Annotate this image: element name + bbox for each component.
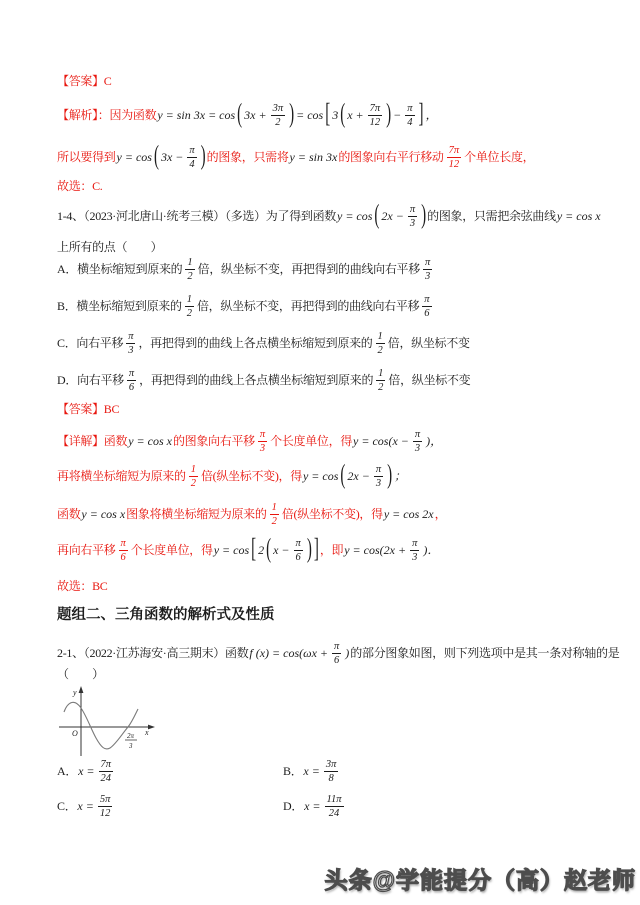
option-1-4-b: B．横坐标缩短到原来的12倍，纵坐标不变，再把得到的曲线向右平移π6 [57,294,435,319]
text-run: 上所有的点（ ） [57,241,162,254]
big-delimiter: [ [251,536,256,566]
fraction-denominator: 3 [410,217,415,229]
fraction-denominator: 2 [187,270,192,282]
fraction: 12 [185,257,194,282]
fraction-numerator: π [119,538,128,551]
text-run: 1-4、（2023·河北唐山·统考三模）（多选）为了得到函数 [57,210,336,223]
big-delimiter: ) [421,202,426,232]
text-run: 倍，纵坐标不变 [388,337,470,350]
text-run: 【答案】C [57,75,112,88]
fraction-denominator: 2 [378,344,383,356]
text-run: C． [57,800,76,813]
fraction-numerator: π [258,429,267,442]
text-run: ) [345,647,349,660]
fraction-denominator: 3 [260,442,265,454]
text-run: D． [283,800,303,813]
fraction: π6 [294,538,303,563]
option-2-1-d: D．x =11π24 [283,794,347,819]
text-run: 的图象向右平移 [173,435,255,448]
text-run: B．横坐标缩短到原来的 [57,300,182,313]
text-run: A．横坐标缩短到原来的 [57,263,182,276]
text-run: 【解析】：因为函数 [57,109,156,122]
fraction-numerator: 3π [324,759,339,772]
big-delimiter: ] [419,101,424,131]
fraction: π3 [423,257,432,282]
text-run: 倍，纵坐标不变 [388,374,470,387]
fraction: 11π24 [325,794,344,819]
text-run: 故选：C. [57,180,103,193]
text-run: D．向右平移 [57,374,124,387]
fraction-denominator: 6 [334,654,339,666]
fraction-denominator: 3 [412,551,417,563]
fraction: 12 [376,331,385,356]
fraction-denominator: 6 [121,551,126,563]
fraction: 5π12 [98,794,113,819]
fraction: 12 [270,502,279,527]
big-delimiter: ( [340,462,345,492]
text-run: 再向右平移 [57,544,116,557]
question-2-1-line1: 2-1、（2022·江苏海安·高三期末）函数f (x) = cos(ωx +π6… [57,641,619,666]
option-1-4-d: D．向右平移π6，再把得到的曲线上各点横坐标缩短到原来的12倍，纵坐标不变 [57,368,470,393]
fraction: π3 [413,429,422,454]
fraction-numerator: 1 [189,464,198,477]
text-run: y = cos [214,544,249,557]
big-delimiter: ) [201,143,206,173]
fraction-denominator: 12 [370,116,381,128]
option-2-1-b: B．x =3π8 [283,759,341,784]
fraction-denominator: 24 [329,807,340,819]
text-run: ，再把得到的曲线上各点横坐标缩短到原来的 [139,374,373,387]
big-delimiter: ( [266,536,271,566]
fraction-numerator: π [374,464,383,477]
fraction-denominator: 2 [187,307,192,319]
big-delimiter: ( [237,101,242,131]
text-run: 个单位长度， [464,151,534,164]
text-run: ，再把得到的曲线上各点横坐标缩短到原来的 [138,337,372,350]
fraction: 12 [376,368,385,393]
option-2-1-c: C．x =5π12 [57,794,115,819]
worksheet-page: 【答案】C 【解析】：因为函数y = sin 3x = cos(3x +3π2)… [0,0,640,905]
text-run: 图象将横坐标缩短为原来的 [126,508,266,521]
fraction-denominator: 6 [424,307,429,319]
text-run: 【详解】函数 [57,435,127,448]
text-run: 倍(纵坐标不变)，得 [201,470,302,483]
fraction-denominator: 2 [191,477,196,489]
text-run: 2x − [381,210,403,223]
fraction-numerator: π [423,257,432,270]
y-axis-label: y [72,688,77,697]
fraction-numerator: π [332,641,341,654]
function-graph: y O x 2π 3 [40,684,170,776]
fraction: π3 [410,538,419,563]
text-run: 个长度单位，得 [131,544,213,557]
text-run: )， [426,435,442,448]
fraction: 12 [189,464,198,489]
text-run: 所以要得到 [57,151,116,164]
fraction: π3 [408,204,417,229]
text-run: y = cos 2x [384,508,434,521]
text-run: y = cos [303,470,338,483]
text-run: ， [435,508,447,521]
text-run: x + [347,109,363,122]
fraction: π6 [332,641,341,666]
text-run: − [393,109,401,122]
fraction-numerator: π [126,331,135,344]
fraction-denominator: 12 [449,158,460,170]
text-run: 2 [258,544,264,557]
big-delimiter: ( [340,101,345,131]
text-run: y = cos [337,210,372,223]
text-run: 个长度单位，得 [270,435,352,448]
text-run: 题组二、三角函数的解析式及性质 [57,608,275,624]
question-2-1-brackets: （ ） [57,668,104,681]
fraction: π3 [258,429,267,454]
detail-1-4-line3: 函数y = cos x图象将横坐标缩短为原来的12倍(纵坐标不变)，得y = c… [57,502,446,527]
detail-1-4-line2: 再将横坐标缩短为原来的12倍(纵坐标不变)，得y = cos(2x −π3)； [57,464,407,489]
text-run: 故选：BC [57,580,108,593]
text-run: x − [273,544,289,557]
text-run: 2-1、（2022·江苏海安·高三期末）函数 [57,647,248,660]
fraction-denominator: 3 [376,477,381,489]
text-run: y = sin 3x = cos [157,109,235,122]
fraction-numerator: π [413,429,422,442]
fraction-numerator: 1 [376,331,385,344]
text-run: C．向右平移 [57,337,123,350]
section-2-heading: 题组二、三角函数的解析式及性质 [57,608,275,624]
fraction-numerator: π [422,294,431,307]
text-run: 的图象向右平行移动 [338,151,443,164]
fraction-numerator: π [294,538,303,551]
big-delimiter: [ [325,101,330,131]
fraction-numerator: π [127,368,136,381]
fraction-denominator: 6 [296,551,301,563]
text-run: = cos [296,109,323,122]
fraction: π4 [187,145,196,170]
big-delimiter: ( [374,202,379,232]
fraction: 3π8 [324,759,339,784]
fraction: π3 [126,331,135,356]
text-run: 倍(纵坐标不变)，得 [282,508,383,521]
question-1-4-line2: 上所有的点（ ） [57,241,162,254]
big-delimiter: ( [154,143,159,173]
text-run: ，即 [320,544,343,557]
fraction-numerator: 11π [325,794,344,807]
text-run: （ ） [57,668,104,681]
fraction: 3π2 [271,103,286,128]
fraction-numerator: 7π [368,103,383,116]
choice-1-3-line: 故选：C. [57,180,103,193]
text-run: 3x + [244,109,266,122]
answer-1-4-line: 【答案】BC [57,403,119,416]
fraction-denominator: 8 [328,772,333,784]
fraction-numerator: 1 [185,257,194,270]
text-run: x = [303,765,319,778]
detail-1-4-line1: 【详解】函数y = cos x的图象向右平移π3个长度单位，得y = cos(x… [57,429,443,454]
text-run: 【答案】BC [57,403,119,416]
fraction: 7π12 [368,103,383,128]
text-run: 的图象，只需将 [207,151,289,164]
x-axis-label: x [144,728,149,737]
text-run: 2x − [347,470,369,483]
x-tick-numerator: 2π [127,732,135,740]
fraction-denominator: 3 [128,344,133,356]
text-run: x = [77,800,93,813]
text-run: y = cos x [557,210,601,223]
fraction-denominator: 3 [415,442,420,454]
text-run: y = cos(x − [353,435,409,448]
fraction-numerator: π [187,145,196,158]
detail-1-4-line4: 再向右平移π6个长度单位，得y = cos[2(x −π6)]，即y = cos… [57,538,440,563]
fraction: π6 [422,294,431,319]
fraction-numerator: 7π [447,145,462,158]
text-run: 再将横坐标缩短为原来的 [57,470,186,483]
text-run: 倍，纵坐标不变，再把得到的曲线向右平移 [197,300,419,313]
answer-1-3-line: 【答案】C [57,75,112,88]
text-run: ， [426,109,438,122]
text-run: 3 [332,109,338,122]
fraction: π4 [405,103,414,128]
watermark: 头条@学能提分（高）赵老师 [325,862,636,895]
text-run: ； [394,470,406,483]
big-delimiter: ) [307,536,312,566]
fraction-denominator: 2 [272,515,277,527]
text-run: y = sin 3x [290,151,338,164]
fraction-denominator: 2 [275,116,280,128]
choice-1-4-line: 故选：BC [57,580,108,593]
y-axis-arrow-icon [79,686,84,693]
text-run: y = cos x [128,435,172,448]
fraction-denominator: 12 [100,807,111,819]
option-1-4-c: C．向右平移π3，再把得到的曲线上各点横坐标缩短到原来的12倍，纵坐标不变 [57,331,470,356]
text-run: B． [283,765,302,778]
fraction: π3 [374,464,383,489]
big-delimiter: ) [387,462,392,492]
text-run: 的部分图象如图，则下列选项中是其一条对称轴的是 [350,647,619,660]
text-run: f (x) = cos(ωx + [249,647,328,660]
option-1-4-a: A．横坐标缩短到原来的12倍，纵坐标不变，再把得到的曲线向右平移π3 [57,257,435,282]
big-delimiter: ) [289,101,294,131]
fraction-numerator: π [405,103,414,116]
fraction-numerator: π [408,204,417,217]
big-delimiter: ] [314,536,319,566]
big-delimiter: ) [386,101,391,131]
fraction: π6 [127,368,136,393]
x-axis-arrow-icon [148,725,155,730]
fraction-numerator: 1 [185,294,194,307]
cosine-curve [64,702,138,749]
fraction: π6 [119,538,128,563]
text-run: 倍，纵坐标不变，再把得到的曲线向右平移 [198,263,420,276]
question-1-4-line1: 1-4、（2023·河北唐山·统考三模）（多选）为了得到函数y = cos(2x… [57,204,602,229]
fraction: 7π12 [447,145,462,170]
fraction-numerator: 1 [270,502,279,515]
analysis-1-3-conclusion: 所以要得到y = cos(3x −π4)的图象，只需将y = sin 3x的图象… [57,145,534,170]
fraction-numerator: 5π [98,794,113,807]
fraction-numerator: 3π [271,103,286,116]
text-run: x = [304,800,320,813]
fraction: 12 [185,294,194,319]
text-run: y = cos x [81,508,125,521]
origin-label: O [72,729,78,738]
fraction-numerator: 1 [376,368,385,381]
text-run: y = cos [117,151,152,164]
text-run: 函数 [57,508,80,521]
fraction-denominator: 6 [129,381,134,393]
analysis-1-3-line: 【解析】：因为函数y = sin 3x = cos(3x +3π2)= cos[… [57,103,439,128]
fraction-denominator: 4 [189,158,194,170]
text-run: y = cos(2x + [344,544,406,557]
fraction-denominator: 4 [407,116,412,128]
x-tick-denominator: 3 [128,742,133,750]
text-run: 3x − [161,151,183,164]
fraction-denominator: 3 [425,270,430,282]
fraction-numerator: π [410,538,419,551]
fraction-denominator: 2 [378,381,383,393]
text-run: )． [423,544,439,557]
text-run: 的图象，只需把余弦曲线 [427,210,556,223]
